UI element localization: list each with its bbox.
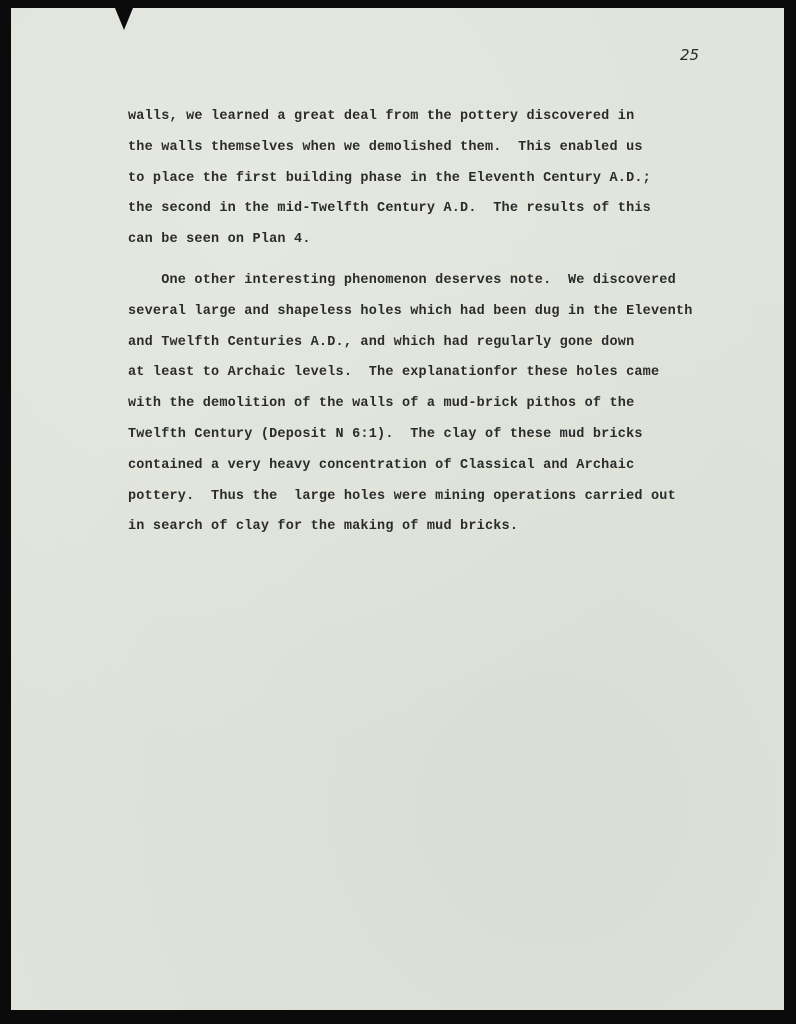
text-line: and Twelfth Centuries A.D., and which ha… — [128, 332, 768, 363]
text-line: can be seen on Plan 4. — [128, 229, 768, 260]
paragraph-gap — [128, 260, 768, 270]
text-line: in search of clay for the making of mud … — [128, 516, 768, 547]
text-line: at least to Archaic levels. The explanat… — [128, 362, 768, 393]
text-line: contained a very heavy concentration of … — [128, 455, 768, 486]
text-line: the second in the mid-Twelfth Century A.… — [128, 198, 768, 229]
text-line: several large and shapeless holes which … — [128, 301, 768, 332]
scanned-page: 25 walls, we learned a great deal from t… — [0, 0, 796, 1024]
page-number: 25 — [680, 46, 699, 64]
typed-body-text: walls, we learned a great deal from the … — [128, 106, 768, 547]
text-line: walls, we learned a great deal from the … — [128, 106, 768, 137]
text-line: with the demolition of the walls of a mu… — [128, 393, 768, 424]
paper-notch — [115, 8, 133, 30]
text-line: to place the first building phase in the… — [128, 168, 768, 199]
paragraph-1: walls, we learned a great deal from the … — [128, 106, 768, 260]
text-line: the walls themselves when we demolished … — [128, 137, 768, 168]
text-line: pottery. Thus the large holes were minin… — [128, 486, 768, 517]
text-line: Twelfth Century (Deposit N 6:1). The cla… — [128, 424, 768, 455]
paragraph-2: One other interesting phenomenon deserve… — [128, 270, 768, 547]
text-line: One other interesting phenomenon deserve… — [128, 270, 768, 301]
